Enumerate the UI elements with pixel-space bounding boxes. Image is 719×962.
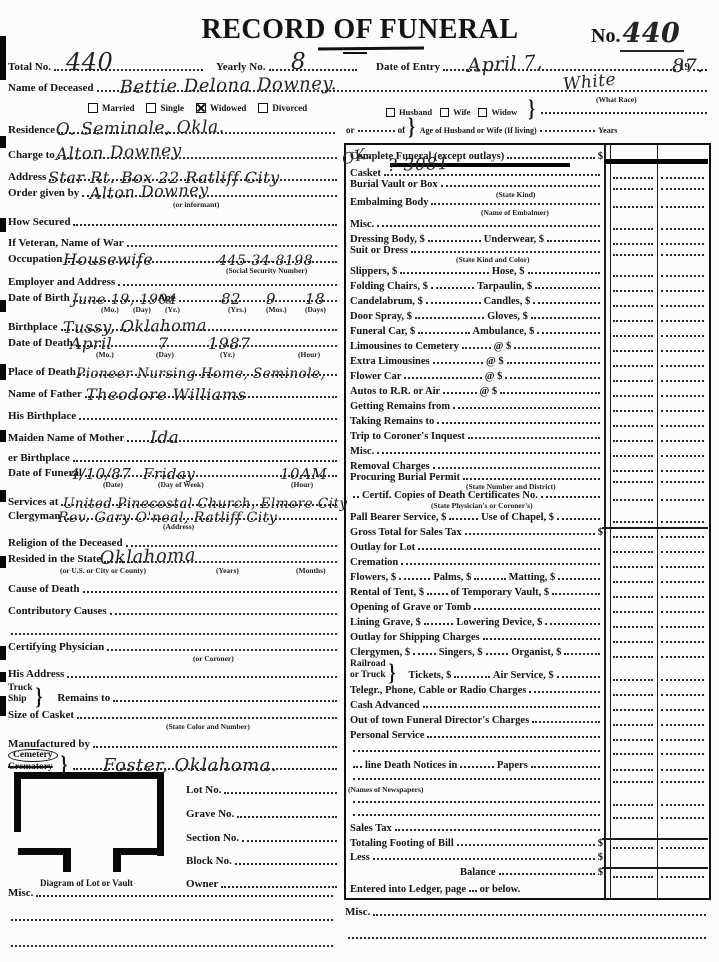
printed-label: Employer and Address	[8, 277, 115, 289]
misc-2: Misc.	[346, 444, 709, 459]
field-line: Removal Charges	[350, 461, 603, 472]
money-cell	[613, 846, 653, 849]
title-underline	[318, 46, 424, 50]
dotted-leader	[537, 332, 600, 334]
if-veteran-name-of-war: If Veteran, Name of War	[8, 231, 342, 252]
stacked-labels: Railroador Truck	[350, 659, 386, 681]
dotted-leader	[465, 533, 595, 535]
dotted-leader	[529, 691, 600, 693]
money-cell	[613, 520, 653, 523]
money-cell	[661, 625, 704, 628]
dotted-leader	[423, 706, 600, 708]
date-of-birth: Date of BirthAge(Mo.)(Day)(Yr.)(Yrs.)(Mo…	[8, 291, 342, 314]
printed-label: Dressing Body, $	[350, 234, 425, 245]
limousines-to-cemetery: Limousines to Cemetery@ $	[346, 339, 709, 354]
money-cell	[613, 550, 653, 553]
printed-label: Underwear, $	[484, 234, 544, 245]
dotted-leader	[373, 914, 706, 916]
money-cell	[661, 480, 704, 483]
handwritten-value: Friday	[143, 467, 195, 482]
field-line: Pall Bearer Service, $Use of Chapel, $	[350, 512, 603, 523]
money-cell	[613, 439, 653, 442]
money-cell	[613, 379, 653, 382]
printed-label: Occupation	[8, 254, 62, 266]
printed-label: Lining Grave, $	[350, 617, 421, 628]
field-line: Grave No.	[186, 809, 340, 821]
sub-label: (State Physician's or Coroner's)	[431, 501, 533, 510]
handwritten-value: Ida	[150, 430, 179, 447]
money-cell	[613, 349, 653, 352]
handwritten-value: 82	[221, 292, 241, 307]
field-line: Yearly No.	[216, 62, 360, 74]
funeral-car-ambulance: Funeral Car, $Ambulance, $	[346, 324, 709, 339]
printed-label: Certifying Physician	[8, 642, 104, 654]
resided-in-state: Resided in the State(or U.S. or City or …	[8, 552, 342, 575]
checkbox-label: Married	[102, 103, 134, 113]
pall-bearer-chapel: Pall Bearer Service, $Use of Chapel, $	[346, 510, 709, 525]
printed-label: Outlay for Shipping Charges	[350, 632, 480, 643]
field-line: Misc.	[350, 219, 603, 230]
scan-artifact	[0, 218, 6, 232]
printed-label: Opening of Grave or Tomb	[350, 602, 471, 613]
printed-label: line Death Notices in	[365, 760, 457, 771]
dotted-leader	[431, 287, 474, 289]
death-notices: line Death Notices inPapers	[346, 757, 709, 773]
dotted-leader	[358, 130, 395, 132]
handwritten-value: Alton Downey	[89, 182, 209, 202]
order-given-by: Order given by(or informant)Alton Downey	[8, 186, 342, 209]
printed-label: Clergyman	[8, 511, 61, 523]
printed-label: Lot No.	[186, 785, 221, 797]
dotted-leader	[427, 736, 600, 738]
printed-label: Block No.	[186, 856, 232, 868]
clergymen-singers-organist: Clergymen, $Singers, $Organist, $	[346, 645, 709, 660]
brace: }	[36, 684, 43, 709]
printed-label: Door Spray, $	[350, 311, 412, 322]
field-line: orof}Age of Husband or Wife (If living)Y…	[346, 118, 710, 135]
printed-label: Total No.	[8, 62, 51, 74]
checkbox-divorced: Divorced	[258, 103, 307, 113]
handwritten-value: 440	[66, 50, 113, 74]
date-of-entry: Date of Entry19April 7,87.	[376, 52, 712, 76]
occupation: Occupation(Social Security Number)Housew…	[8, 252, 342, 275]
printed-label: Flowers, $	[350, 572, 396, 583]
brace: }	[61, 752, 68, 777]
scan-artifact	[0, 364, 6, 380]
field-line: Extra Limousines@ $	[350, 356, 603, 367]
money-cell	[613, 565, 653, 568]
diagram-caption: Diagram of Lot or Vault	[40, 878, 133, 888]
printed-label: Ambulance, $	[473, 326, 535, 337]
printed-label: Misc.	[350, 219, 374, 230]
money-cell	[613, 595, 653, 598]
dotted-leader	[535, 287, 600, 289]
remains-to: TruckShip}Remains to	[8, 683, 342, 707]
printed-label: Date of Birth	[8, 293, 70, 305]
printed-label: @ $	[486, 356, 504, 367]
scan-artifact	[0, 430, 6, 442]
field-line: Less$	[350, 852, 603, 863]
services-at: Services atUnited Pinecostal Church, Elm…	[8, 489, 342, 511]
field-line	[350, 750, 603, 755]
printed-label: Misc.	[8, 888, 33, 900]
her-birthplace: er Birthplace	[8, 447, 342, 467]
field-line: Size of Casket	[8, 710, 340, 722]
section-no: Section No.	[186, 825, 342, 847]
money-cell	[661, 550, 704, 553]
opening-grave-tomb: Opening of Grave or Tomb	[346, 600, 709, 615]
field-line: Certif. Copies of Death Certificates No.	[350, 490, 603, 501]
dotted-leader	[36, 895, 333, 897]
handwritten-value: Rev. Gary O'neal, Ratliff City	[58, 511, 277, 525]
checkbox-wife: Wife	[440, 107, 470, 117]
dotted-leader	[11, 945, 333, 947]
handwritten-casket-value: ? 3081	[388, 156, 449, 175]
dotted-leader	[505, 377, 600, 379]
brace: }	[389, 660, 396, 685]
sub-label: (Months)	[296, 566, 326, 575]
field-line: Certifying Physician	[8, 642, 340, 654]
taking-remains-to: Taking Remains to	[346, 414, 709, 429]
field-line: MarriedSingleWidowedDivorced	[88, 103, 376, 113]
field-line: Totaling Footing of Bill$	[350, 838, 603, 849]
dotted-leader	[73, 460, 337, 462]
checkbox-label: Divorced	[272, 103, 307, 113]
blank-line-1	[346, 743, 709, 757]
field-line	[350, 814, 603, 819]
dotted-leader	[353, 496, 359, 498]
money-cell	[613, 875, 653, 878]
money-cell	[661, 595, 704, 598]
dotted-leader	[433, 467, 600, 469]
dotted-leader	[431, 203, 600, 205]
money-cell	[661, 640, 704, 643]
dotted-leader	[557, 518, 600, 520]
handwritten-value: 18	[305, 292, 325, 307]
dotted-leader	[118, 284, 337, 286]
dotted-leader	[531, 317, 600, 319]
scan-artifact	[0, 36, 6, 80]
money-cell	[613, 187, 653, 190]
field-line: Outlay for Lot	[350, 542, 603, 553]
cash-advanced: Cash Advanced	[346, 698, 709, 713]
sales-tax: Sales Tax	[346, 821, 709, 836]
printed-label: Tarpaulin, $	[477, 281, 532, 292]
field-line: Sales Tax	[350, 823, 603, 834]
handwritten-value: O. Seminole, Okla.	[56, 119, 225, 139]
dotted-leader	[428, 240, 481, 242]
money-cell	[661, 289, 704, 292]
rental-tent-vault: Rental of Tent, $of Temporary Vault, $	[346, 585, 709, 600]
clergyman: Clergyman(Address)Rev. Gary O'neal, Ratl…	[8, 511, 342, 531]
how-secured: How Secured	[8, 209, 342, 231]
money-cell	[613, 289, 653, 292]
less: Less$	[346, 851, 709, 865]
handwritten-value: 87.	[672, 57, 704, 76]
scan-artifact	[0, 556, 6, 568]
page-title: RECORD OF FUNERAL	[170, 14, 550, 46]
printed-label: Entered into Ledger, page	[350, 884, 466, 895]
printed-label: Slippers, $	[350, 266, 397, 277]
printed-label: Size of Casket	[8, 710, 74, 722]
printed-label: Cash Advanced	[350, 700, 420, 711]
dotted-leader	[348, 937, 706, 939]
money-cell	[661, 274, 704, 277]
printed-label: His Birthplace	[8, 411, 76, 423]
printed-label: Totaling Footing of Bill	[350, 838, 454, 849]
field-line: Taking Remains to	[350, 416, 603, 427]
money-cell	[613, 274, 653, 277]
printed-label: Casket	[350, 168, 381, 179]
checkbox-single: Single	[146, 103, 184, 113]
money-cell	[613, 454, 653, 457]
money-cell	[661, 349, 704, 352]
dotted-leader	[269, 69, 358, 71]
dotted-leader	[110, 613, 337, 615]
dotted-leader	[426, 302, 481, 304]
printed-label: Removal Charges	[350, 461, 430, 472]
money-cell	[661, 439, 704, 442]
checkbox-label: Wife	[453, 107, 470, 117]
stacked-label: Truck	[8, 683, 33, 694]
dotted-leader	[83, 591, 338, 593]
handwritten-value: 7	[158, 336, 169, 352]
money-cell	[661, 379, 704, 382]
printed-label: Candles, $	[484, 296, 531, 307]
dotted-leader	[235, 863, 337, 865]
printed-label: Pall Bearer Service, $	[350, 512, 446, 523]
money-cell	[661, 738, 704, 741]
printed-label: or below.	[480, 884, 521, 895]
field-line: Cash Advanced	[350, 700, 603, 711]
stacked-label: Crematory	[8, 762, 58, 773]
slippers-hose: Slippers, $Hose, $	[346, 264, 709, 279]
handwritten-value: April 7,	[467, 53, 543, 76]
money-cell	[661, 304, 704, 307]
money-cell	[661, 565, 704, 568]
field-line: TruckShip}Remains to	[8, 683, 340, 705]
printed-label: Funeral Car, $	[350, 326, 415, 337]
dotted-leader	[67, 676, 337, 678]
railroad-truck-tickets: Railroador Truck}Tickets, $Air Service, …	[346, 660, 709, 683]
candelabrum-candles: Candelabrum, $Candles, $	[346, 294, 709, 309]
field-line: Misc.	[350, 446, 603, 457]
autos-to-rr-or-air: Autos to R.R. or Air@ $	[346, 384, 709, 399]
checkbox-widowed-box	[196, 103, 206, 113]
money-cell	[613, 242, 653, 245]
printed-label: Autos to R.R. or Air	[350, 386, 440, 397]
money-cell	[613, 678, 653, 681]
printed-label: er Birthplace	[8, 453, 70, 465]
sub-label: (Names of Newspapers)	[348, 785, 423, 794]
dotted-leader	[499, 873, 595, 875]
printed-label: Gloves, $	[487, 311, 528, 322]
printed-label: Less	[350, 852, 370, 863]
handwritten-value: Theodore Williams	[86, 387, 246, 403]
dotted-leader	[93, 746, 337, 748]
outlay-for-lot: Outlay for Lot	[346, 540, 709, 555]
money-cell	[613, 205, 653, 208]
checkbox-widow-box	[478, 108, 487, 117]
dotted-leader	[76, 345, 337, 347]
dotted-leader	[468, 437, 600, 439]
dotted-leader	[377, 225, 600, 227]
dotted-leader	[533, 302, 600, 304]
printed-label: Place of Death	[8, 367, 76, 379]
printed-label: Organist, $	[511, 647, 561, 658]
sub-label: (Name of Embalmer)	[481, 208, 549, 217]
misc-left-line2	[8, 908, 338, 926]
dotted-leader	[413, 653, 436, 655]
printed-label: If Veteran, Name of War	[8, 238, 124, 250]
scan-artifact	[0, 300, 6, 312]
money-cell	[613, 394, 653, 397]
handwritten-value: Bettie Delona Downey.	[120, 75, 337, 97]
field-line: If Veteran, Name of War	[8, 238, 340, 250]
dotted-leader	[353, 750, 600, 752]
dotted-leader	[11, 633, 337, 635]
printed-label: Section No.	[186, 833, 239, 845]
printed-label: Folding Chairs, $	[350, 281, 428, 292]
dotted-leader	[474, 608, 600, 610]
field-line: Balance$	[350, 867, 603, 878]
sales-tax-rule	[602, 838, 708, 840]
field-line: Telegr., Phone, Cable or Radio Charges	[350, 685, 603, 696]
field-line: How Secured	[8, 217, 340, 229]
dotted-leader	[540, 130, 596, 132]
field-line: Cremation	[350, 557, 603, 568]
printed-label: Tickets, $	[408, 670, 451, 681]
printed-label: Lowering Device, $	[456, 617, 542, 628]
money-cell	[661, 780, 704, 783]
money-cell	[661, 334, 704, 337]
printed-label: Name of Deceased	[8, 83, 94, 95]
grave-no: Grave No.	[186, 801, 342, 823]
field-line	[8, 945, 336, 950]
field-line: Door Spray, $Gloves, $	[350, 311, 603, 322]
field-line: Funeral Car, $Ambulance, $	[350, 326, 603, 337]
dotted-leader	[469, 890, 477, 892]
handwritten-value: Foster, Oklahoma.	[103, 757, 277, 775]
printed-label: Misc.	[350, 446, 374, 457]
money-cell	[613, 469, 653, 472]
printed-label: Clergymen, $	[350, 647, 410, 658]
dotted-leader	[547, 240, 600, 242]
dotted-leader	[237, 816, 337, 818]
field-line: Entered into Ledger, pageor below.	[350, 884, 603, 895]
sub-label: (Years)	[216, 566, 239, 575]
money-cell	[613, 693, 653, 696]
field-line: Candelabrum, $Candles, $	[350, 296, 603, 307]
money-cell	[661, 319, 704, 322]
dotted-leader	[507, 157, 594, 159]
maiden-name-of-mother: Maiden Name of MotherIda	[8, 425, 342, 447]
money-cell	[613, 816, 653, 819]
handwritten-value: 4/10/87	[70, 467, 131, 482]
field-line: Lot No.	[186, 785, 340, 797]
dotted-leader	[353, 778, 600, 780]
money-cell	[661, 394, 704, 397]
place-of-death: Place of DeathPioneer Nursing Home, Semi…	[8, 359, 342, 381]
printed-label: @ $	[494, 341, 512, 352]
printed-label: Personal Service	[350, 730, 424, 741]
handwritten-value: 9	[266, 292, 276, 307]
handwritten-document-number: 440	[620, 18, 684, 52]
dotted-leader	[486, 653, 509, 655]
stacked-label: Ship	[8, 694, 33, 705]
printed-label: Years	[598, 127, 617, 135]
field-line: Slippers, $Hose, $	[350, 266, 603, 277]
field-line	[350, 801, 603, 806]
field-line: Outlay for Shipping Charges	[350, 632, 603, 643]
printed-label: Air Service, $	[493, 670, 554, 681]
entered-into-ledger: Entered into Ledger, pageor below.	[346, 880, 709, 897]
certifying-physician: Certifying Physician(or Coroner)	[8, 640, 342, 663]
date-of-funeral: Date of Funeral(Date)(Day of Week)(Hour)…	[8, 467, 342, 489]
dotted-leader	[541, 496, 600, 498]
handwritten-value: 8	[291, 51, 306, 74]
printed-label: Gross Total for Sales Tax	[350, 527, 462, 538]
printed-label: $	[598, 852, 603, 863]
money-cell	[661, 752, 704, 755]
dotted-leader	[558, 578, 600, 580]
money-cell	[661, 454, 704, 457]
printed-label: Services at	[8, 497, 58, 509]
money-cell	[613, 424, 653, 427]
dotted-leader	[107, 649, 337, 651]
dotted-leader	[401, 563, 600, 565]
handwritten-value: Pioneer Nursing Home, Seminole,	[76, 368, 325, 382]
money-cell	[661, 693, 704, 696]
dotted-leader	[11, 919, 333, 921]
printed-label: Extra Limousines	[350, 356, 430, 367]
checkbox-label: Husband	[399, 107, 432, 117]
money-cell	[661, 227, 704, 230]
charges-box: OK. ? 3081 Complete Funeral (except outl…	[344, 143, 711, 900]
printed-label: or	[346, 126, 355, 135]
printed-label: Embalming Body	[350, 197, 428, 208]
dotted-leader	[463, 478, 600, 480]
field-line: Autos to R.R. or Air@ $	[350, 386, 603, 397]
misc-right: Misc.	[345, 901, 711, 921]
dotted-leader	[462, 347, 491, 349]
field-line: er Birthplace	[8, 453, 340, 465]
handwritten-value: Oklahoma	[99, 547, 196, 568]
printed-label: Hose, $	[492, 266, 525, 277]
money-cell	[613, 319, 653, 322]
dotted-leader	[73, 224, 337, 226]
checkbox-label: Widow	[491, 107, 517, 117]
his-address: His Address	[8, 663, 342, 683]
printed-label: of Temporary Vault, $	[451, 587, 550, 598]
procuring-burial-permit: Procuring Burial Permit(State Number and…	[346, 474, 709, 491]
scan-artifact	[0, 646, 6, 660]
dotted-leader	[353, 766, 362, 768]
money-cell	[613, 580, 653, 583]
printed-label: Birthplace	[8, 322, 58, 334]
dotted-leader	[453, 407, 600, 409]
money-cell	[661, 580, 704, 583]
stacked-label: Cemetery	[8, 749, 58, 762]
telegr-phone-cable: Telegr., Phone, Cable or Radio Charges	[346, 683, 709, 698]
printed-label: Cause of Death	[8, 584, 80, 596]
checkbox-widow: Widow	[478, 107, 517, 117]
size-of-casket: Size of Casket(State Color and Number)	[8, 707, 342, 731]
money-cell	[613, 253, 653, 256]
dotted-leader	[399, 578, 430, 580]
dotted-leader	[404, 377, 481, 379]
printed-label: Singers, $	[439, 647, 483, 658]
